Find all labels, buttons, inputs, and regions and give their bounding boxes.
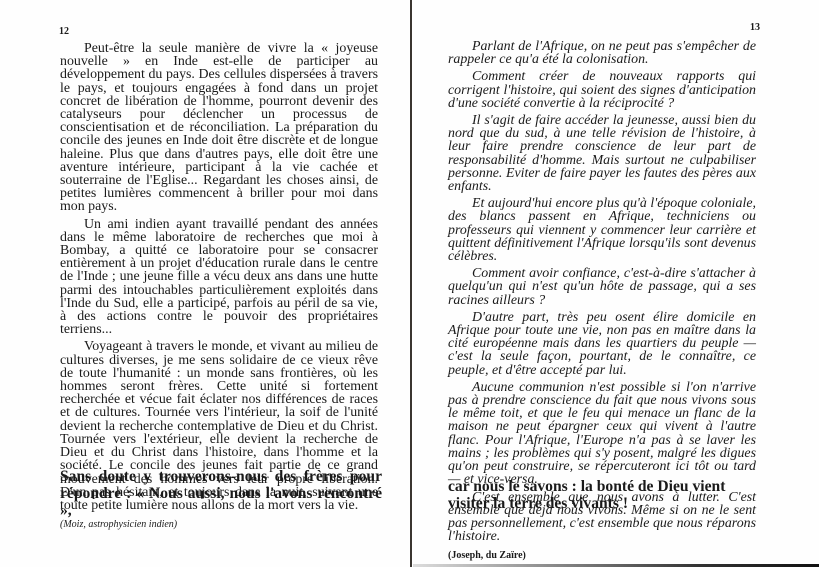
right-page: 13 Parlant de l'Afrique, on ne peut pas … — [413, 0, 819, 567]
bold-continuation-text: Sans doute y trouverons-nous des frères … — [60, 468, 382, 519]
left-page: 12 Peut-être la seule manière de vivre l… — [0, 0, 411, 567]
page-number: 13 — [750, 22, 760, 33]
attribution: (Joseph, du Zaïre) — [448, 549, 756, 562]
paragraph: D'autre part, très peu osent élire domic… — [448, 311, 756, 377]
paragraph: Comment créer de nouveaux rapports qui c… — [448, 70, 756, 110]
paragraph: Aucune communion n'est possible si l'on … — [448, 381, 756, 487]
paragraph: Peut-être la seule manière de vivre la «… — [60, 42, 378, 214]
attribution: (Moiz, astrophysicien indien) — [60, 518, 378, 531]
paragraph: Comment avoir confiance, c'est-à-dire s'… — [448, 267, 756, 307]
bold-continuation-text: car nous le savons : la bonté de Dieu vi… — [448, 478, 764, 512]
book-spine — [410, 0, 412, 567]
paragraph: Parlant de l'Afrique, on ne peut pas s'e… — [448, 40, 756, 66]
paragraph: Un ami indien ayant travaillé pendant de… — [60, 218, 378, 337]
page-number: 12 — [59, 26, 69, 37]
paragraph: Il s'agit de faire accéder la jeunesse, … — [448, 114, 756, 193]
body-text: Peut-être la seule manière de vivre la «… — [60, 42, 378, 531]
paragraph: Et aujourd'hui encore plus qu'à l'époque… — [448, 197, 756, 263]
